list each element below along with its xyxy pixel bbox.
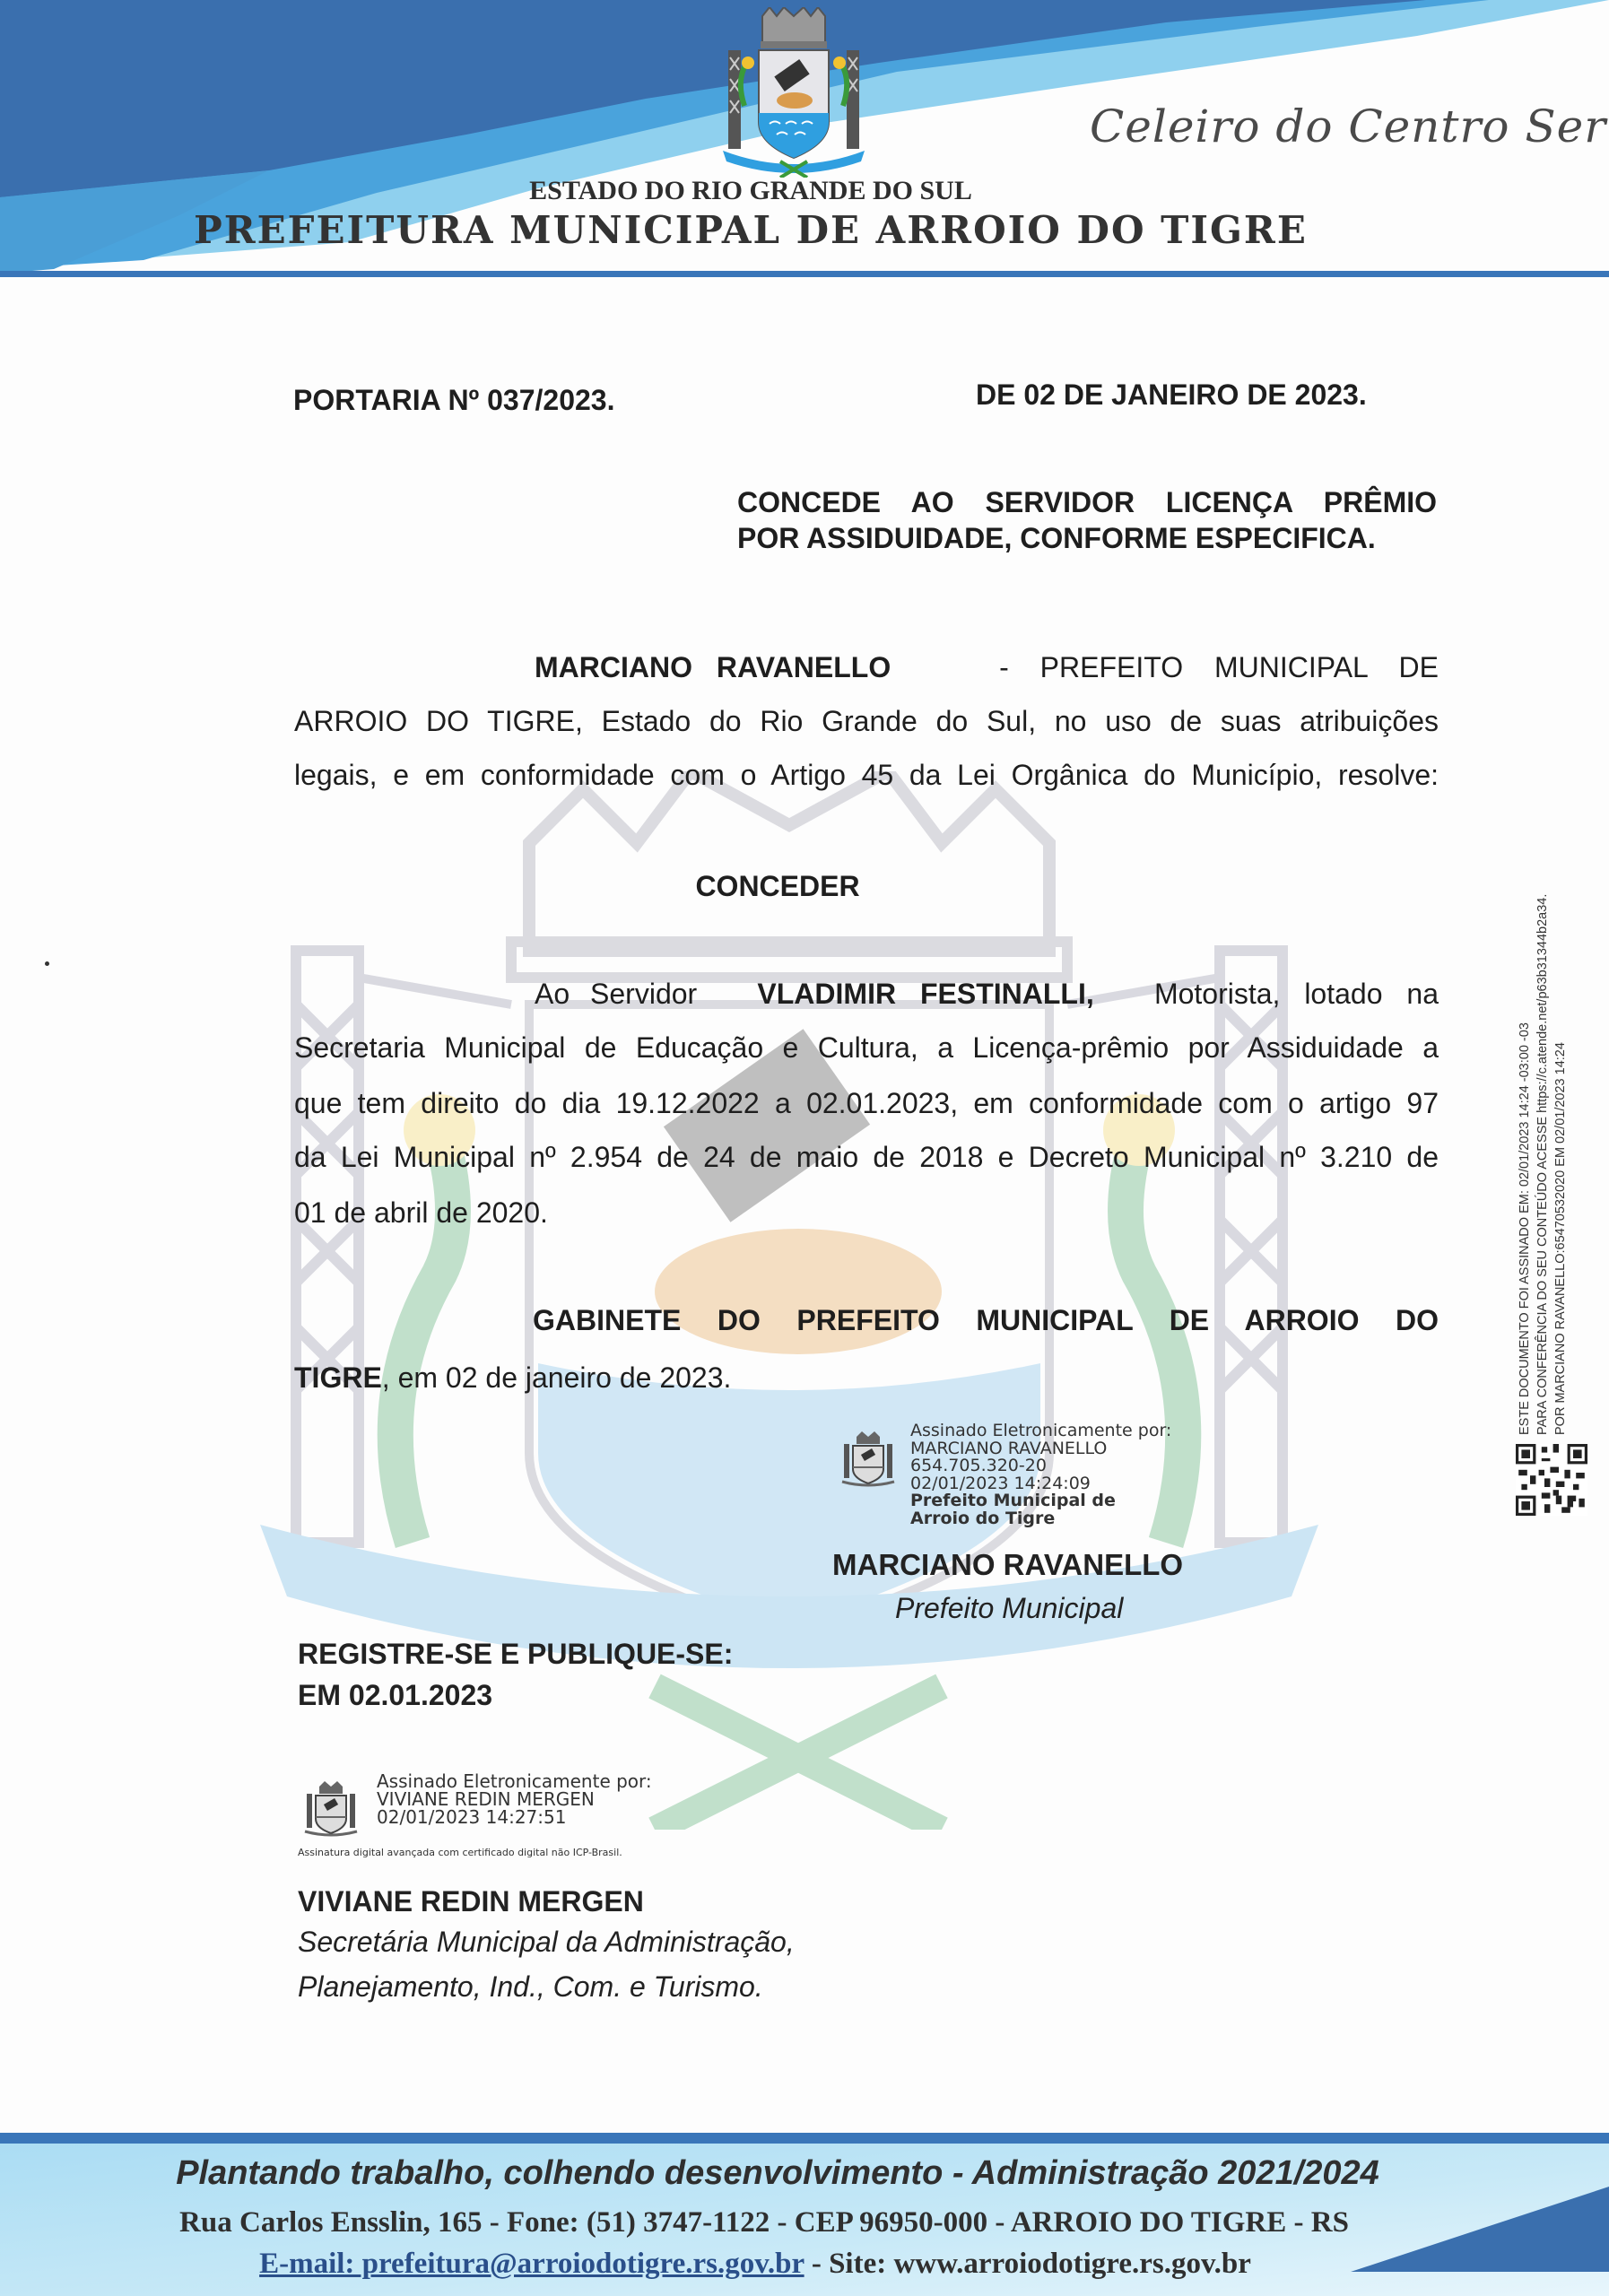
stamp-caption: Assinado Eletronicamente por: — [377, 1772, 652, 1790]
grant-line: 01 de abril de 2020. — [294, 1195, 1439, 1231]
administration-tagline: Plantando trabalho, colhendo desenvolvim… — [0, 2154, 1609, 2193]
secretary-signature-role: Planejamento, Ind., Com. e Turismo. — [298, 1964, 763, 2009]
action-heading: CONCEDER — [0, 868, 1609, 904]
signature-stamp-text: Assinado Eletronicamente por: MARCIANO R… — [910, 1422, 1171, 1527]
signature-verification-stamp: ESTE DOCUMENTO FOI ASSINADO EM: 02/01/20… — [1516, 789, 1587, 1435]
municipal-seal-icon — [839, 1430, 898, 1489]
portaria-number: PORTARIA Nº 037/2023. — [293, 382, 614, 418]
verification-line: ESTE DOCUMENTO FOI ASSINADO EM: 02/01/20… — [1516, 789, 1534, 1435]
summary-line: CONCEDE AO SERVIDOR LICENÇA PRÊMIO — [737, 484, 1437, 520]
grant-role: Motorista, lotado na — [1154, 976, 1439, 1012]
preamble-line: ARROIO DO TIGRE, Estado do Rio Grande do… — [294, 703, 1439, 739]
stamp-role: Arroio do Tigre — [910, 1510, 1171, 1528]
letterhead-footer: Plantando trabalho, colhendo desenvolvim… — [0, 2133, 1609, 2296]
scan-speck — [45, 961, 49, 966]
register-publish-label: REGISTRE-SE E PUBLIQUE-SE: — [298, 1638, 733, 1671]
preamble-line: MARCIANO RAVANELLO - PREFEITO MUNICIPAL … — [294, 649, 1439, 685]
stamp-role: Prefeito Municipal de — [910, 1492, 1171, 1510]
stamp-cpf: 654.705.320-20 — [910, 1457, 1171, 1475]
secretary-signature-name: VIVIANE REDIN MERGEN — [298, 1885, 644, 1918]
grant-line: da Lei Municipal nº 2.954 de 24 de maio … — [294, 1139, 1439, 1175]
secretary-signature-role: Secretária Municipal da Administração, — [298, 1919, 795, 1964]
municipal-address: Rua Carlos Ensslin, 165 - Fone: (51) 374… — [0, 2206, 1609, 2239]
closing-date: , em 02 de janeiro de 2023. — [382, 1361, 732, 1394]
website-label[interactable]: - Site: www.arroiodotigre.rs.gov.br — [804, 2248, 1251, 2280]
portaria-document: PORTARIA Nº 037/2023. DE 02 DE JANEIRO D… — [0, 0, 1609, 2296]
email-link[interactable]: E-mail: prefeitura@arroiodotigre.rs.gov.… — [259, 2248, 804, 2280]
portaria-date: DE 02 DE JANEIRO DE 2023. — [976, 377, 1367, 413]
signature-certificate-note: Assinatura digital avançada com certific… — [298, 1846, 728, 1859]
municipal-seal-icon — [301, 1779, 361, 1839]
mayor-signature-name: MARCIANO RAVANELLO — [832, 1548, 1183, 1582]
mayor-signature-role: Prefeito Municipal — [895, 1586, 1123, 1631]
contact-line: E-mail: prefeitura@arroiodotigre.rs.gov.… — [0, 2248, 1609, 2281]
grant-lead: Ao Servidor — [535, 976, 697, 1012]
grant-line: Ao Servidor VLADIMIR FESTINALLI, Motoris… — [294, 976, 1439, 1012]
verification-link[interactable]: PARA CONFERÊNCIA DO SEU CONTEÚDO ACESSE … — [1534, 789, 1552, 1435]
signature-stamp-text: Assinado Eletronicamente por: VIVIANE RE… — [377, 1772, 652, 1826]
verification-line: POR MARCIANO RAVANELLO:65470532020 EM 02… — [1552, 789, 1570, 1435]
preamble-line: legais, e em conformidade com o Artigo 4… — [294, 757, 1439, 793]
grant-line: que tem direito do dia 19.12.2022 a 02.0… — [294, 1085, 1439, 1121]
verification-text: ESTE DOCUMENTO FOI ASSINADO EM: 02/01/20… — [1516, 789, 1570, 1435]
closing-line: GABINETE DO PREFEITO MUNICIPAL DE ARROIO… — [294, 1302, 1439, 1338]
mayor-name-inline: MARCIANO RAVANELLO — [535, 649, 891, 685]
preamble-title: - PREFEITO MUNICIPAL DE — [999, 649, 1439, 685]
qr-code-icon[interactable] — [1516, 1444, 1587, 1516]
stamp-caption: Assinado Eletronicamente por: — [910, 1422, 1171, 1440]
stamp-signer: VIVIANE REDIN MERGEN — [377, 1790, 652, 1808]
register-date: EM 02.01.2023 — [298, 1679, 492, 1712]
closing-line: TIGRE, em 02 de janeiro de 2023. — [294, 1360, 1439, 1396]
employee-name: VLADIMIR FESTINALLI, — [757, 976, 1093, 1012]
summary-line: POR ASSIDUIDADE, CONFORME ESPECIFICA. — [737, 520, 1437, 556]
stamp-timestamp: 02/01/2023 14:27:51 — [377, 1808, 652, 1826]
closing-city: TIGRE — [294, 1361, 382, 1394]
grant-line: Secretaria Municipal de Educação e Cultu… — [294, 1030, 1439, 1065]
